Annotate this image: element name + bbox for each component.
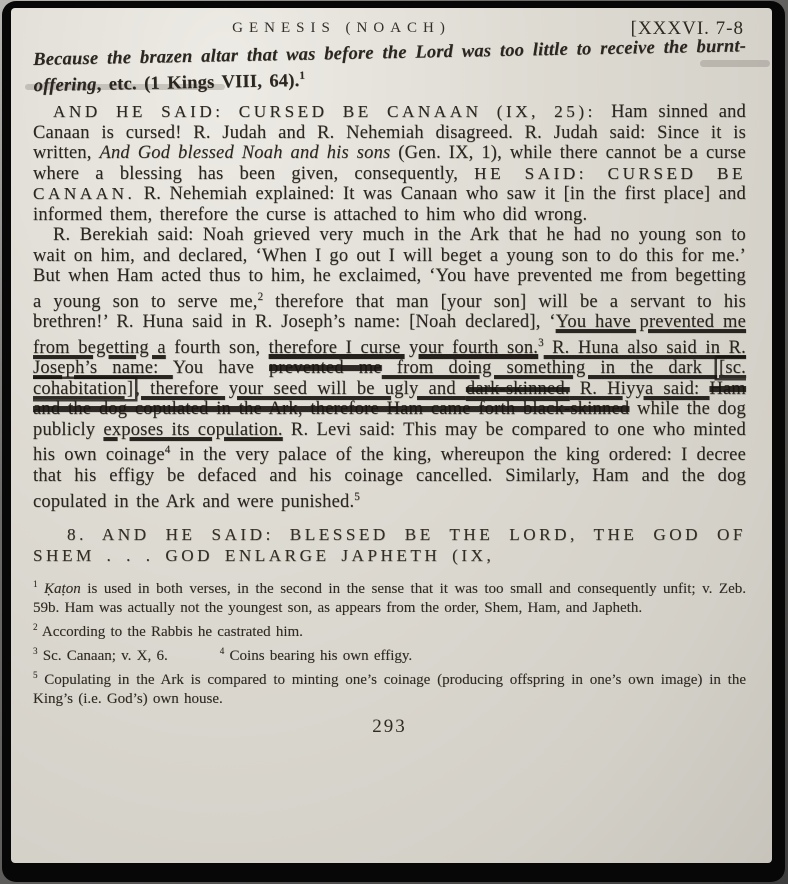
pen-underlined-text: R. Hiyya said: [570,379,710,399]
page-body: Because the brazen altar that was before… [33,50,746,566]
section-8-heading: 8. AND HE SAID: BLESSED BE THE LORD, THE… [33,525,746,566]
italic-text: And God blessed Noah and his sons [99,143,390,163]
pen-struck-text: dark-skinned. [466,379,570,399]
footnote-2: 2 According to the Rabbis he castrated h… [33,618,746,642]
page: GENESIS (NOACH) [XXXVI. 7-8 Because the … [11,8,772,863]
footnote-1: 1 Ḳaṭon is used in both verses, in the s… [33,575,746,618]
small-caps-text: AND HE SAID: CURSED BE CANAAN (IX, 25): [53,102,611,121]
footnote-marker: 1 [299,69,305,81]
small-caps-text: 8. AND HE SAID: BLESSED BE THE LORD, THE… [33,525,746,565]
midrash-paragraph-1: AND HE SAID: CURSED BE CANAAN (IX, 25): … [33,102,746,225]
text-segment: Coins bearing his own effigy. [224,648,412,664]
text-segment: , etc. (1 Kings VIII, 64). [96,71,299,95]
midrash-paragraph-2: R. Berekiah said: Noah grieved very much… [33,225,746,512]
pen-underlined-text: from doing something in the dark [382,358,717,378]
footnote-marker: 5 [354,491,360,503]
pen-underlined-text: exposes its copulation. [103,420,282,440]
text-segment: According to the Rabbis he castrated him… [38,624,303,640]
text-segment: Copulating in the Ark is compared to min… [33,672,746,707]
running-title: GENESIS (NOACH) [33,20,650,37]
scanned-book-page: GENESIS (NOACH) [XXXVI. 7-8 Because the … [0,0,788,884]
footnotes-block: 1 Ḳaṭon is used in both verses, in the s… [33,575,746,709]
text-segment: R. Nehemiah explained: It was Canaan who… [33,184,746,225]
text-segment: You have [173,358,269,378]
footnote-3-4: 3 Sc. Canaan; v. X, 6.4 Coins bearing hi… [33,642,746,666]
pen-struck-text: prevented me [269,358,382,378]
text-segment: fourth son, [166,338,269,358]
pen-underlined-text: , therefore your seed will be ugly and [135,379,466,399]
italic-text: Ḳaṭon [38,581,81,597]
text-segment: is used in both verses, in the second in… [33,581,746,616]
pen-underlined-text: therefore I curse your fourth son. [269,338,538,358]
footnote-5: 5 Copulating in the Ark is compared to m… [33,666,746,709]
text-segment: Sc. Canaan; v. X, 6. [38,648,168,664]
page-number: 293 [33,716,746,738]
